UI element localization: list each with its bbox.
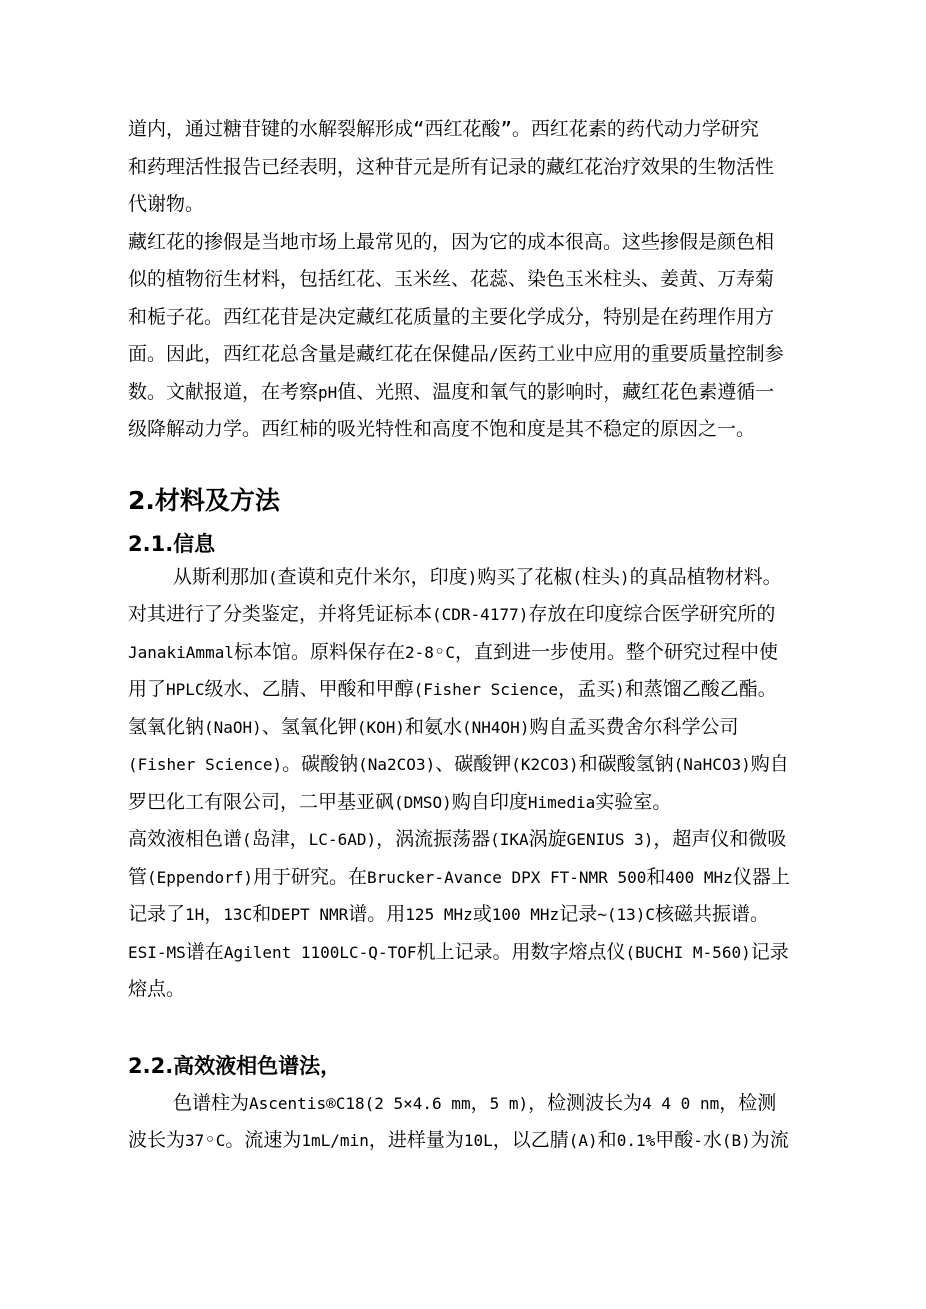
latin-text-run: 13C [223, 905, 252, 924]
text-line: 道内，通过糖苷键的水解裂解形成“西红花酸”。西红花素的药代动力学研究 [128, 111, 798, 149]
latin-text-run: 5 m) [490, 1094, 529, 1113]
text-line: 级降解动力学。西红柿的吸光特性和高度不饱和度是其不稳定的原因之一。 [128, 411, 798, 449]
latin-text-run: - [693, 1131, 703, 1150]
latin-text-run: 10L [464, 1131, 493, 1150]
paragraph-materials: 从斯利那加(查谟和克什米尔，印度)购买了花椒(柱头)的真品植物材料。对其进行了分… [128, 559, 798, 1009]
latin-text-run: pH [318, 383, 337, 402]
latin-text-run: (DMSO) [394, 793, 452, 812]
text-line: 用了HPLC级水、乙腈、甲酸和甲醇(Fisher Science，孟买)和蒸馏乙… [128, 671, 798, 709]
document-content: 道内，通过糖苷键的水解裂解形成“西红花酸”。西红花素的药代动力学研究和药理活性报… [128, 111, 798, 1160]
latin-text-run: 1mL/min [301, 1131, 368, 1150]
text-line: 对其进行了分类鉴定，并将凭证标本(CDR-4177)存放在印度综合医学研究所的 [128, 596, 798, 634]
latin-text-run: ) [615, 680, 625, 699]
latin-text-run: (IKA [490, 830, 529, 849]
latin-text-run: 4 4 0 nm [642, 1094, 719, 1113]
latin-text-run: (KOH) [357, 718, 405, 737]
text-line: 和栀子花。西红花苷是决定藏红花质量的主要化学成分，特别是在药理作用方 [128, 299, 798, 337]
latin-text-run: Himedia [528, 793, 595, 812]
latin-text-run: ) [468, 568, 478, 587]
text-line: 色谱柱为Ascentis®C18(2 5×4.6 mm，5 m)，检测波长为4 … [128, 1085, 798, 1123]
text-line: 罗巴化工有限公司，二甲基亚砜(DMSO)购自印度Himedia实验室。 [128, 784, 798, 822]
text-line: JanakiAmmal标本馆。原料保存在2-8◦C，直到进一步使用。整个研究过程… [128, 634, 798, 672]
latin-text-run: (Na2CO3) [358, 755, 435, 774]
text-line: ESI-MS谱在Agilent 1100LC-Q-TOF机上记录。用数字熔点仪(… [128, 934, 798, 972]
latin-text-run: 1H [185, 905, 204, 924]
paragraph-hplc: 色谱柱为Ascentis®C18(2 5×4.6 mm，5 m)，检测波长为4 … [128, 1085, 798, 1160]
latin-text-run: (BUCHI M-560) [625, 943, 750, 962]
latin-text-run: Agilent 1100LC-Q-TOF [224, 943, 417, 962]
text-line: 数。文献报道，在考察pH值、光照、温度和氧气的影响时，藏红花色素遵循一 [128, 374, 798, 412]
latin-text-run: (Fisher Science) [128, 755, 282, 774]
text-line: (Fisher Science)。碳酸钠(Na2CO3)、碳酸钾(K2CO3)和… [128, 746, 798, 784]
latin-text-run: (Eppendorf) [147, 868, 253, 887]
paragraph-crocetin-intro: 道内，通过糖苷键的水解裂解形成“西红花酸”。西红花素的药代动力学研究和药理活性报… [128, 111, 798, 224]
heading-hplc: 2.2.高效液相色谱法， [128, 1051, 798, 1081]
text-line: 氢氧化钠(NaOH)、氢氧化钾(KOH)和氨水(NH4OH)购自孟买费舍尔科学公… [128, 709, 798, 747]
latin-text-run: ( [572, 568, 582, 587]
heading-text: 2.1.信息 [128, 529, 798, 559]
latin-text-run: ( [242, 830, 252, 849]
latin-text-run: ~(13)C [597, 905, 655, 924]
latin-text-run: 125 MHz [405, 905, 472, 924]
latin-text-run: ( [268, 568, 278, 587]
latin-text-run: 37 [185, 1131, 204, 1150]
latin-text-run: (Fisher Science [414, 680, 559, 699]
latin-text-run: JanakiAmmal [128, 643, 234, 662]
text-line: 高效液相色谱(岛津，LC-6AD)，涡流振荡器(IKA涡旋GENIUS 3)，超… [128, 821, 798, 859]
latin-text-run: 2-8 [405, 643, 434, 662]
latin-text-run: (NaHCO3) [674, 755, 751, 774]
document-body: { "document": { "language": "zh-CN", "ba… [0, 0, 926, 1309]
latin-text-run: C [216, 1131, 226, 1150]
text-line: 熔点。 [128, 971, 798, 1009]
text-line: 和药理活性报告已经表明，这种苷元是所有记录的藏红花治疗效果的生物活性 [128, 149, 798, 187]
text-line: 面。因此，西红花总含量是藏红花在保健品/医药工业中应用的重要质量控制参 [128, 336, 798, 374]
latin-text-run: Brucker-Avance DPX FT-NMR 500 [367, 868, 646, 887]
text-line: 管(Eppendorf)用于研究。在Brucker-Avance DPX FT-… [128, 859, 798, 897]
heading-info: 2.1.信息 [128, 529, 798, 559]
latin-text-run: / [489, 345, 499, 364]
latin-text-run: (B) [722, 1131, 751, 1150]
latin-text-run: Ascentis®C18(2 5×4.6 mm [249, 1094, 471, 1113]
latin-text-run: ESI-MS [128, 943, 186, 962]
latin-text-run: 100 MHz [492, 905, 559, 924]
latin-text-run: HPLC [166, 680, 205, 699]
latin-text-run: 400 MHz [665, 868, 732, 887]
latin-text-run: DEPT NMR [271, 905, 348, 924]
text-line: 代谢物。 [128, 186, 798, 224]
paragraph-adulteration: 藏红花的掺假是当地市场上最常见的，因为它的成本很高。这些掺假是颜色相似的植物衍生… [128, 224, 798, 449]
latin-text-run: (NaOH) [204, 718, 262, 737]
latin-text-run: ) [620, 568, 630, 587]
latin-text-run: (CDR-4177) [432, 605, 528, 624]
latin-text-run: (NH4OH) [462, 718, 529, 737]
latin-text-run: 0.1% [617, 1131, 656, 1150]
document-page: 道内，通过糖苷键的水解裂解形成“西红花酸”。西红花素的药代动力学研究和药理活性报… [0, 0, 926, 1309]
latin-text-run: (K2CO3) [511, 755, 578, 774]
heading-text: 2.材料及方法 [128, 483, 798, 519]
text-line: 似的植物衍生材料，包括红花、玉米丝、花蕊、染色玉米柱头、姜黄、万寿菊 [128, 261, 798, 299]
heading-materials-methods: 2.材料及方法 [128, 483, 798, 519]
text-line: 从斯利那加(查谟和克什米尔，印度)购买了花椒(柱头)的真品植物材料。 [128, 559, 798, 597]
latin-text-run: (A) [569, 1131, 598, 1150]
heading-text: 2.2.高效液相色谱法， [128, 1051, 798, 1081]
text-line: 波长为37◦C。流速为1mL/min，进样量为10L，以乙腈(A)和0.1%甲酸… [128, 1122, 798, 1160]
latin-text-run: GENIUS 3) [567, 830, 654, 849]
latin-text-run: LC-6AD) [309, 830, 376, 849]
text-line: 记录了1H，13C和DEPT NMR谱。用125 MHz或100 MHz记录~(… [128, 896, 798, 934]
text-line: 藏红花的掺假是当地市场上最常见的，因为它的成本很高。这些掺假是颜色相 [128, 224, 798, 262]
latin-text-run: C [445, 643, 455, 662]
